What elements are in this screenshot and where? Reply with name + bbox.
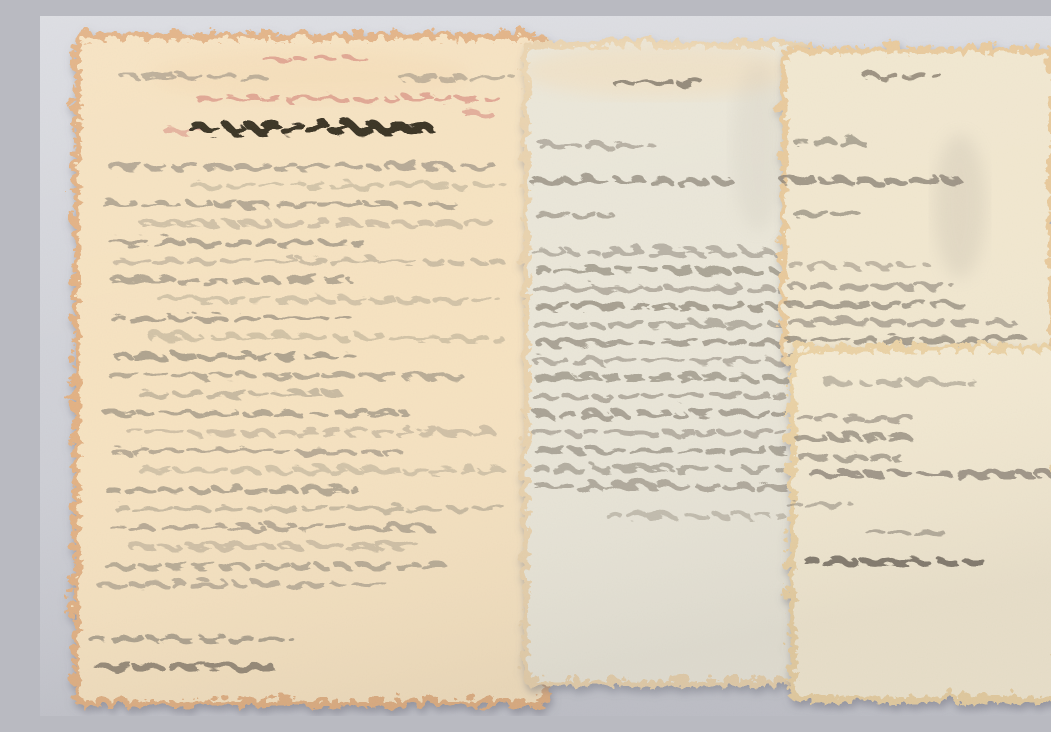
photograph-of-documents: Photograph of three aged handwritten doc… [40, 16, 1051, 716]
scene-canvas [40, 16, 1051, 716]
lighting-vignette [40, 16, 1051, 716]
